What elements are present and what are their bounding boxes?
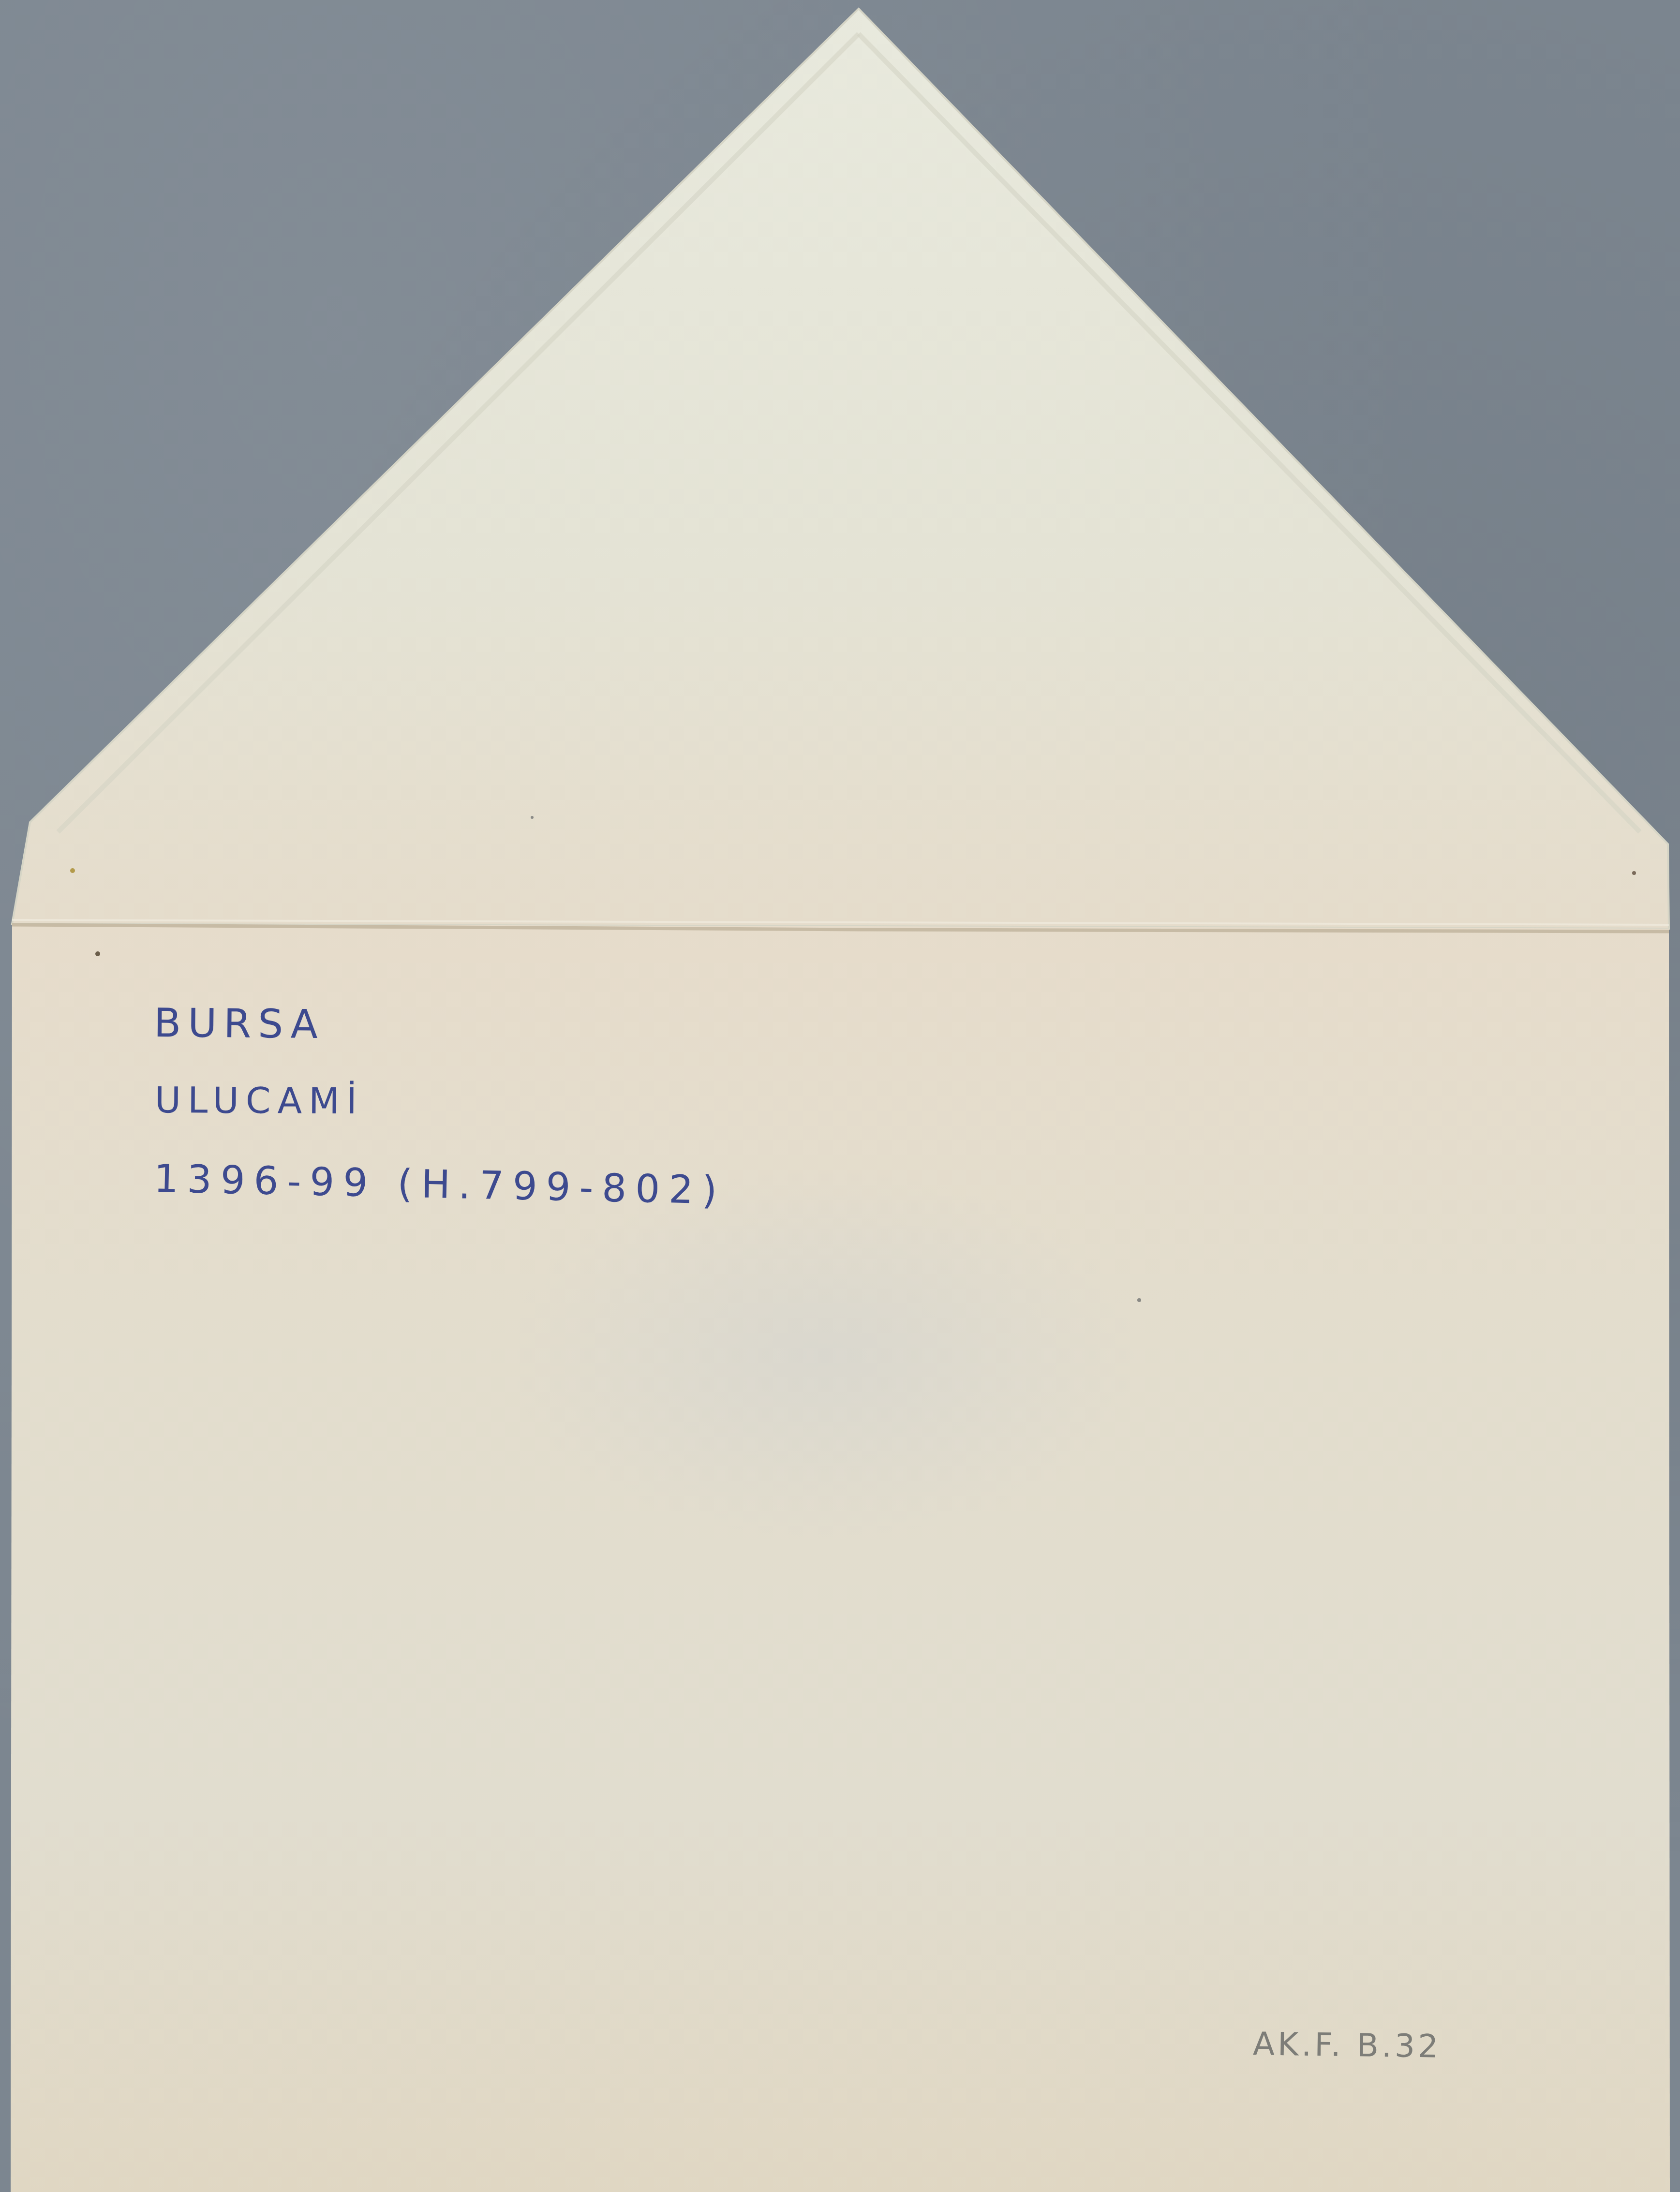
handwritten-city: BURSA — [154, 1000, 325, 1048]
handwritten-building-name: ULUCAMİ — [155, 1080, 364, 1122]
envelope-flap — [12, 9, 1669, 929]
paper-stain — [508, 1170, 1137, 1538]
archive-reference: AK.F. B.32 — [1252, 2025, 1441, 2065]
